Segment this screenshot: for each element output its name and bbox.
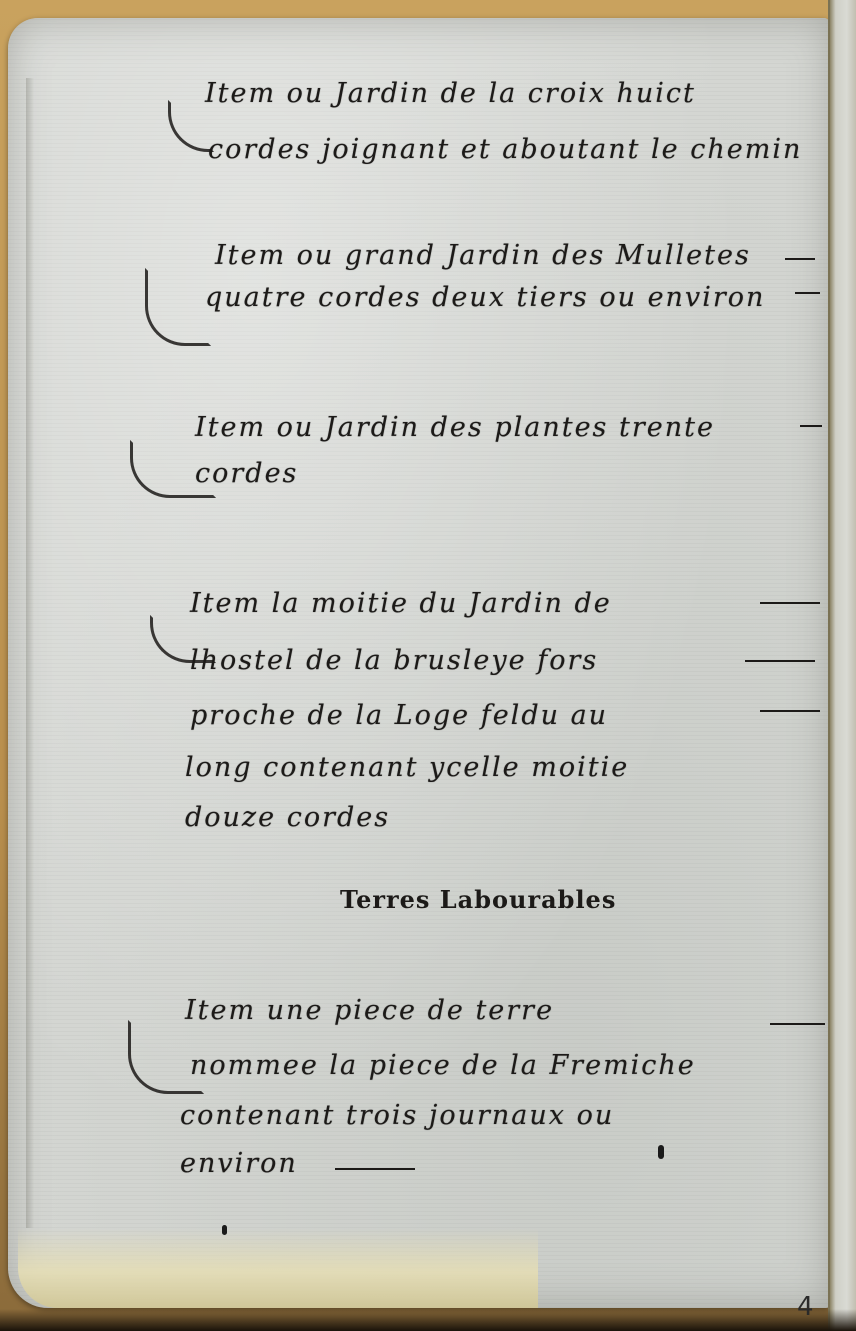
line-filler-dash bbox=[760, 710, 820, 712]
line-filler-dash bbox=[770, 1023, 825, 1025]
page-edge bbox=[26, 78, 34, 1228]
section-entry-1-line-3: contenant trois journaux ou bbox=[180, 1100, 614, 1131]
folio-number: 4 bbox=[797, 1292, 814, 1322]
entry-4-line-3: proche de la Loge feldu au bbox=[190, 700, 608, 731]
section-entry-1-line-4: environ bbox=[180, 1148, 298, 1179]
section-heading: Terres Labourables bbox=[340, 885, 616, 914]
entry-4-line-2: lhostel de la brusleye fors bbox=[190, 645, 598, 676]
line-filler-dash bbox=[800, 425, 822, 427]
line-filler-dash bbox=[785, 258, 815, 260]
ink-blot bbox=[222, 1225, 227, 1235]
manuscript-photo: Item ou Jardin de la croix huict cordes … bbox=[0, 0, 856, 1331]
ink-blot bbox=[658, 1145, 664, 1159]
line-filler-dash bbox=[745, 660, 815, 662]
entry-4-line-4: long contenant ycelle moitie bbox=[185, 752, 629, 783]
entry-2-line-1: Item ou grand Jardin des Mulletes bbox=[215, 240, 751, 271]
line-end-flourish bbox=[335, 1168, 415, 1170]
water-stain bbox=[18, 1228, 538, 1308]
entry-4-line-5: douze cordes bbox=[185, 802, 390, 833]
line-filler-dash bbox=[795, 292, 820, 294]
section-entry-1-line-1: Item une piece de terre bbox=[185, 995, 554, 1026]
entry-3-line-2: cordes bbox=[195, 458, 298, 489]
book-spine bbox=[828, 0, 856, 1331]
line-filler-dash bbox=[760, 602, 820, 604]
entry-1-line-2: cordes joignant et aboutant le chemin bbox=[208, 134, 802, 165]
bottom-shadow bbox=[0, 1309, 856, 1331]
entry-4-line-1: Item la moitie du Jardin de bbox=[190, 588, 612, 619]
entry-2-line-2: quatre cordes deux tiers ou environ bbox=[205, 282, 765, 313]
entry-1-line-1: Item ou Jardin de la croix huict bbox=[205, 78, 696, 109]
section-entry-1-line-2: nommee la piece de la Fremiche bbox=[190, 1050, 696, 1081]
entry-3-line-1: Item ou Jardin des plantes trente bbox=[195, 412, 715, 443]
